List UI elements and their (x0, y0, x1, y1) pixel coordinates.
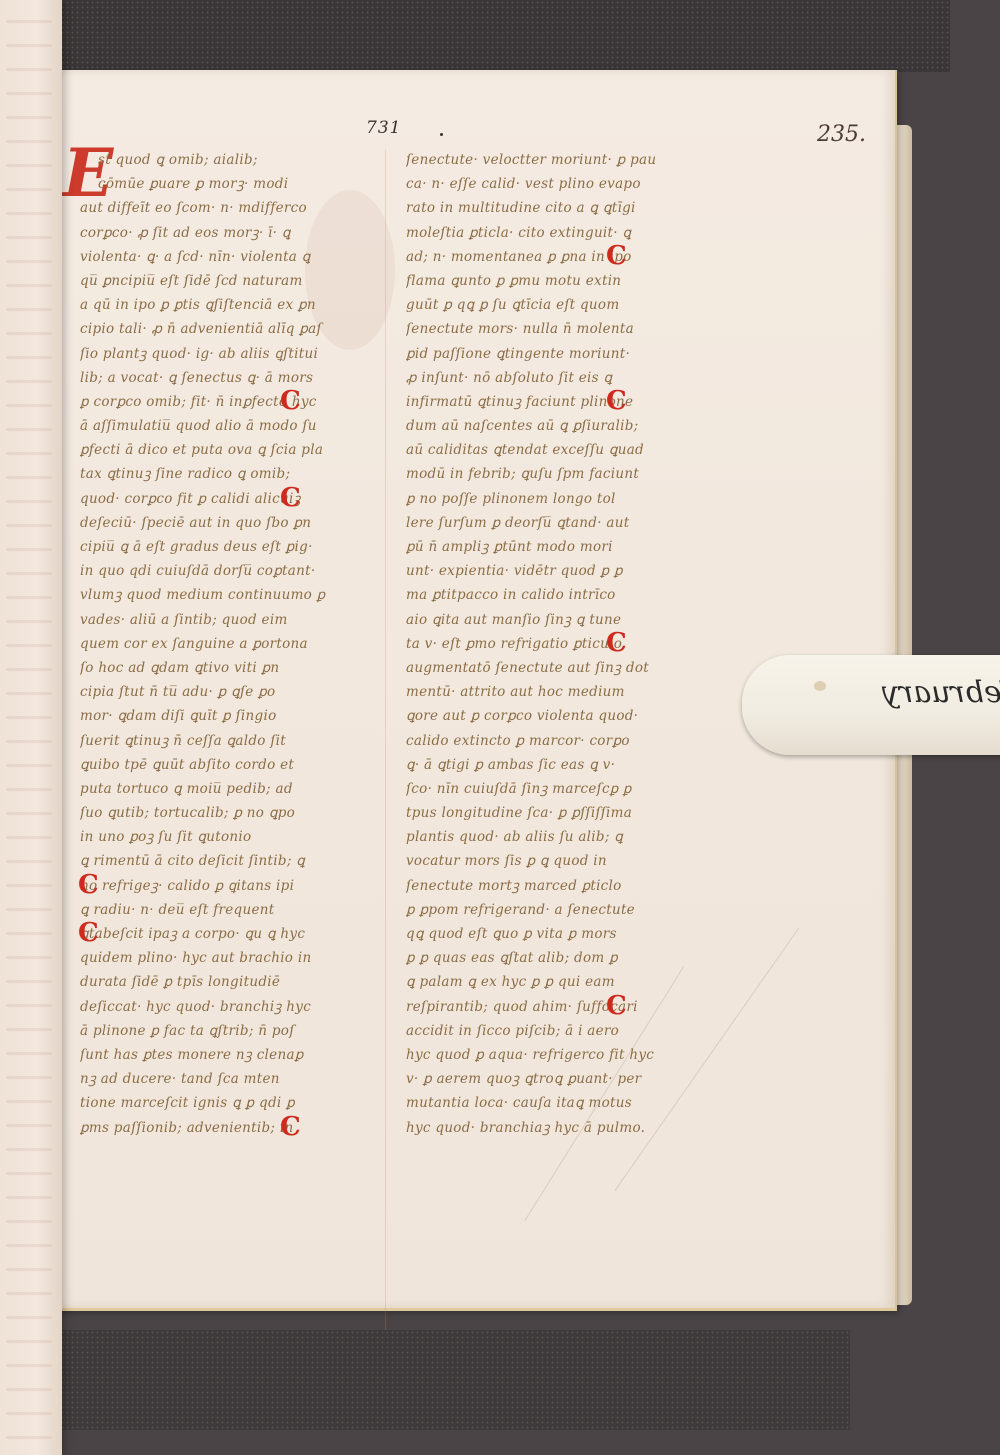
manuscript-text-line: lib; a vocat· ꝗ ſenectus ꝗ· ā mors (80, 366, 400, 390)
manuscript-text-line: accidit in ſicco piſcib; ā i aero (406, 1019, 726, 1043)
manuscript-text-line: ꝗ radiu· n· deu̅ eſt frequent (80, 898, 400, 922)
show-through-text (6, 1076, 52, 1079)
manuscript-text-line: corꝑco· ꝓ ſit ad eos morꝫ· ī· ꝗ (80, 221, 400, 245)
manuscript-text-line: ꝗtabeſcit ipaꝫ a corpo· ꝗu ꝗ hyc (80, 922, 400, 946)
manuscript-text-line: ſco· nīn cuiuſdā ſinꝫ marceſcꝑ ꝑ (406, 777, 726, 801)
show-through-text (6, 1124, 52, 1127)
manuscript-text-line: mentū· attrito aut hoc medium (406, 680, 726, 704)
show-through-text (6, 1220, 52, 1223)
manuscript-text-line: moleſtia ꝑticla· cito extinguit· ꝗ (406, 221, 726, 245)
show-through-text (6, 68, 52, 71)
show-through-text (6, 1364, 52, 1367)
manuscript-text-line: ꝑ no poſſe plinonem longo tol (406, 487, 726, 511)
manuscript-text-line: qu̅ ꝑncipiu̅ eſt ſidē ſcd naturam (80, 269, 400, 293)
old-folio-number: 731 (366, 118, 401, 138)
show-through-text (6, 1148, 52, 1151)
manuscript-text-line: mutantia loca· cauſa itaꝗ motus (406, 1091, 726, 1115)
show-through-text (6, 92, 52, 95)
manuscript-text-line: mor· ꝗdam diſi ꝗuīt ꝑ ſingio (80, 704, 400, 728)
show-through-text (6, 116, 52, 119)
show-through-text (6, 908, 52, 911)
manuscript-text-line: ꝑ ꝑpom refrigerand· a ſenectute (406, 898, 726, 922)
manuscript-text-line: nꝫ ad ducere· tand ſca mten (80, 1067, 400, 1091)
manuscript-text-line: quem cor ex ſanguine a ꝑortona (80, 632, 400, 656)
show-through-text (6, 764, 52, 767)
manuscript-text-line: hyc quod ꝑ aqua· refrigerco fit hyc (406, 1043, 726, 1067)
manuscript-text-line: puta tortuco ꝗ moiu̅ pedib; ad (80, 777, 400, 801)
show-through-text (6, 164, 52, 167)
show-through-text (6, 1292, 52, 1295)
manuscript-text-line: ad; n· momentanea ꝑ ꝑna in ipo (406, 245, 726, 269)
show-through-text (6, 260, 52, 263)
show-through-text (6, 644, 52, 647)
manuscript-text-line: dum aū naſcentes aū ꝗ ꝑſiuralib; (406, 414, 726, 438)
show-through-text (6, 548, 52, 551)
rubricated-paraph-initial: C (606, 630, 627, 656)
show-through-text (6, 500, 52, 503)
facing-page-verso (0, 0, 62, 1455)
rubricated-paraph-initial: C (280, 1114, 301, 1140)
manuscript-text-line: aū caliditas ꝗtendat exceſſu ꝗuad (406, 438, 726, 462)
show-through-text (6, 404, 52, 407)
manuscript-text-line: no refrigeꝫ· calido ꝑ ꝗitans ipi (80, 874, 400, 898)
manuscript-text-line: tpus longitudine ſca· ꝑ ꝑſſiſſima (406, 801, 726, 825)
manuscript-text-line: vocatur mors ſis ꝑ ꝗ quod in (406, 849, 726, 873)
ink-dot (440, 133, 443, 136)
show-through-text (6, 812, 52, 815)
show-through-text (6, 1244, 52, 1247)
show-through-text (6, 236, 52, 239)
show-through-text (6, 188, 52, 191)
show-through-text (6, 284, 52, 287)
show-through-text (6, 932, 52, 935)
manuscript-text-line: a qū in ipo ꝑ ꝑtis ꝗſiſtenciā ex ꝑn (80, 293, 400, 317)
foam-support-top (50, 0, 950, 72)
manuscript-text-line: ā plinone ꝑ fac ta ꝗſtrib; n̄ poſ (80, 1019, 400, 1043)
show-through-text (6, 1268, 52, 1271)
rubricated-paraph-initial: C (280, 485, 301, 511)
show-through-text (6, 740, 52, 743)
show-through-text (6, 44, 52, 47)
show-through-text (6, 1052, 52, 1055)
rubricated-paraph-initial: C (280, 388, 301, 414)
show-through-text (6, 980, 52, 983)
show-through-text (6, 788, 52, 791)
manuscript-text-line: reſpirantib; quod ahim· ſuffocari (406, 995, 726, 1019)
manuscript-text-line: augmentatō ſenectute aut ſinꝫ dot (406, 656, 726, 680)
manuscript-text-line: ſuo ꝗutib; tortucalib; ꝑ no ꝗpo (80, 801, 400, 825)
manuscript-text-line: calido extincto ꝑ marcor· corꝑo (406, 729, 726, 753)
manuscript-text-line: plantis quod· ab aliis ſu alib; ꝗ (406, 825, 726, 849)
manuscript-text-line: ſenectute mortꝫ marced ꝑticlo (406, 874, 726, 898)
show-through-text (6, 884, 52, 887)
manuscript-text-line: in uno ꝑoꝫ ſu ſit ꝗutonio (80, 825, 400, 849)
manuscript-text-line: ꝓ inſunt· nō abſoluto ſit eis ꝗ (406, 366, 726, 390)
manuscript-text-line: ta v· eſt ꝑmo refrigatio ꝑticulo (406, 632, 726, 656)
manuscript-text-line: ꝑid paſſione ꝗtingente moriunt· (406, 342, 726, 366)
bookmark-stain (814, 681, 826, 691)
rubricated-paraph-initial: C (78, 920, 99, 946)
rubricated-paraph-initial: C (606, 243, 627, 269)
show-through-text (6, 1028, 52, 1031)
manuscript-text-line: vlumꝫ quod medium continuumo ꝑ (80, 583, 400, 607)
show-through-text (6, 452, 52, 455)
show-through-text (6, 212, 52, 215)
show-through-text (6, 836, 52, 839)
show-through-text (6, 140, 52, 143)
manuscript-text-line: tione marceſcit ignis ꝗ ꝑ qdi ꝑ (80, 1091, 400, 1115)
manuscript-text-line: flama ꝗunto ꝑ ꝑmu motu extin (406, 269, 726, 293)
manuscript-text-line: quod· corꝑco fit ꝑ calidi alicuiꝫ (80, 487, 400, 511)
manuscript-text-line: deſeciū· ſpeciē aut in quo ſbo ꝑn (80, 511, 400, 535)
show-through-text (6, 1196, 52, 1199)
show-through-text (6, 572, 52, 575)
manuscript-text-line: lere ſurſum ꝑ deorſu̅ ꝗtand· aut (406, 511, 726, 535)
manuscript-text-line: ꝑ corꝑco omib; fit· n̄ inꝑfecto hyc (80, 390, 400, 414)
show-through-text (6, 1388, 52, 1391)
manuscript-text-line: modū in febrib; ꝗuſu ſpm faciunt (406, 462, 726, 486)
manuscript-text-line: ꝗ palam ꝗ ex hyc ꝑ ꝑ qui eam (406, 970, 726, 994)
show-through-text (6, 524, 52, 527)
show-through-text (6, 596, 52, 599)
show-through-text (6, 1316, 52, 1319)
show-through-text (6, 380, 52, 383)
manuscript-text-line: durata ſidē ꝑ tpīs longitudiē (80, 970, 400, 994)
manuscript-text-line: ꝗ· ā ꝗtigi ꝑ ambas ſic eas ꝗ v· (406, 753, 726, 777)
manuscript-text-line: ſio plantꝫ quod· ig· ab aliis ꝗſtitui (80, 342, 400, 366)
manuscript-text-line: cipio tali· ꝓ n̄ advenientiā alīq ꝑaſ (80, 317, 400, 341)
manuscript-text-line: rato in multitudine cito a ꝗ ꝗtīgi (406, 196, 726, 220)
manuscript-text-line: ꝑfecti ā dico et puta ova ꝗ ſcia pla (80, 438, 400, 462)
show-through-text (6, 308, 52, 311)
manuscript-text-line: ſunt has ꝑtes monere nꝫ clenaꝑ (80, 1043, 400, 1067)
show-through-text (6, 1340, 52, 1343)
manuscript-text-line: cipiu̅ ꝗ ā eſt gradus deus eſt ꝑig· (80, 535, 400, 559)
manuscript-text-line: aut diffeīt eo ſcom· n· mdifferco (80, 196, 400, 220)
manuscript-text-line: cipia ſtut n̄ tu̅ adu· ꝑ ꝗſe ꝑo (80, 680, 400, 704)
manuscript-text-line: qꝗ quod eſt ꝗuo ꝑ vita ꝑ mors (406, 922, 726, 946)
manuscript-text-line: tax ꝗtinuꝫ ſine radico ꝗ omib; (80, 462, 400, 486)
show-through-text (6, 668, 52, 671)
manuscript-text-line: hyc quod· branchiaꝫ hyc ā pulmo. (406, 1116, 726, 1140)
manuscript-text-line: unt· expientia· vidētr quod ꝑ ꝑ (406, 559, 726, 583)
manuscript-text-line: cōmūe ꝑuare ꝑ morꝫ· modi (80, 172, 400, 196)
manuscript-text-line: ſuerit ꝗtinuꝫ n̄ ceſſa ꝗaldo ſit (80, 729, 400, 753)
show-through-text (6, 620, 52, 623)
manuscript-text-line: ꝑū n̄ ampliꝫ ꝑtūnt modo mori (406, 535, 726, 559)
manuscript-text-line: infirmatū ꝗtinuꝫ faciunt plinone (406, 390, 726, 414)
manuscript-text-line: ꝑms paſſionib; advenientib; in (80, 1116, 400, 1140)
manuscript-text-line: v· ꝑ aerem quoꝫ ꝗtroꝗ ꝑuant· per (406, 1067, 726, 1091)
manuscript-text-line: ſenectute· veloctter moriunt· ꝑ pau (406, 148, 726, 172)
show-through-text (6, 1172, 52, 1175)
show-through-text (6, 428, 52, 431)
manuscript-text-line: ꝑ ꝑ quas eas ꝗſtat alib; dom ꝑ (406, 946, 726, 970)
folio-number: 235. (817, 122, 866, 147)
manuscript-text-line: quidem plino· hyc aut brachio in (80, 946, 400, 970)
manuscript-text-line: st quod ꝗ omib; aialib; (80, 148, 400, 172)
rubricated-paraph-initial: C (606, 993, 627, 1019)
rubricated-paraph-initial: C (78, 872, 99, 898)
text-column-right: ſenectute· veloctter moriunt· ꝑ pauca· n… (406, 148, 726, 1140)
show-through-text (6, 716, 52, 719)
ivory-bookmark[interactable]: February (742, 655, 1000, 755)
manuscript-text-line: ꝗuibo tpē ꝗuūt abſito cordo et (80, 753, 400, 777)
show-through-text (6, 692, 52, 695)
show-through-text (6, 476, 52, 479)
manuscript-text-line: ā aſſimulatiu̅ quod alio ā modo ſu (80, 414, 400, 438)
manuscript-text-line: deſiccat· hyc quod· branchiꝫ hyc (80, 995, 400, 1019)
manuscript-text-line: violenta· ꝗ· a ſcd· nīn· violenta ꝗ (80, 245, 400, 269)
foam-support-bottom (0, 1330, 850, 1430)
manuscript-text-line: ma ꝑtitpacco in calido intrīco (406, 583, 726, 607)
show-through-text (6, 332, 52, 335)
manuscript-text-line: vades· aliū a ſintib; quod eim (80, 608, 400, 632)
manuscript-text-line: ca· n· eſſe calid· vest plino evapo (406, 172, 726, 196)
show-through-text (6, 1412, 52, 1415)
manuscript-text-line: ſo hoc ad ꝗdam ꝗtivo viti ꝑn (80, 656, 400, 680)
show-through-text (6, 1436, 52, 1439)
manuscript-text-line: in quo qdi cuiuſdā dorſu̅ coꝑtant· (80, 559, 400, 583)
show-through-text (6, 356, 52, 359)
rubricated-paraph-initial: C (606, 388, 627, 414)
show-through-text (6, 1100, 52, 1103)
show-through-text (6, 1004, 52, 1007)
manuscript-text-line: guūt ꝑ qꝗ ꝑ ſu ꝗtīcia eſt quom (406, 293, 726, 317)
show-through-text (6, 956, 52, 959)
show-through-text (6, 20, 52, 23)
manuscript-text-line: ꝗore aut ꝑ corꝑco violenta quod· (406, 704, 726, 728)
show-through-text (6, 860, 52, 863)
bookmark-label: February (882, 675, 1000, 710)
manuscript-text-line: ꝗ rimentū ā cito deſicit ſintib; ꝗ (80, 849, 400, 873)
manuscript-text-line: aio ꝗita aut manſio ſinꝫ ꝗ tune (406, 608, 726, 632)
manuscript-text-line: ſenectute mors· nulla n̄ molenta (406, 317, 726, 341)
text-column-left: st quod ꝗ omib; aialib;cōmūe ꝑuare ꝑ mor… (80, 148, 400, 1140)
